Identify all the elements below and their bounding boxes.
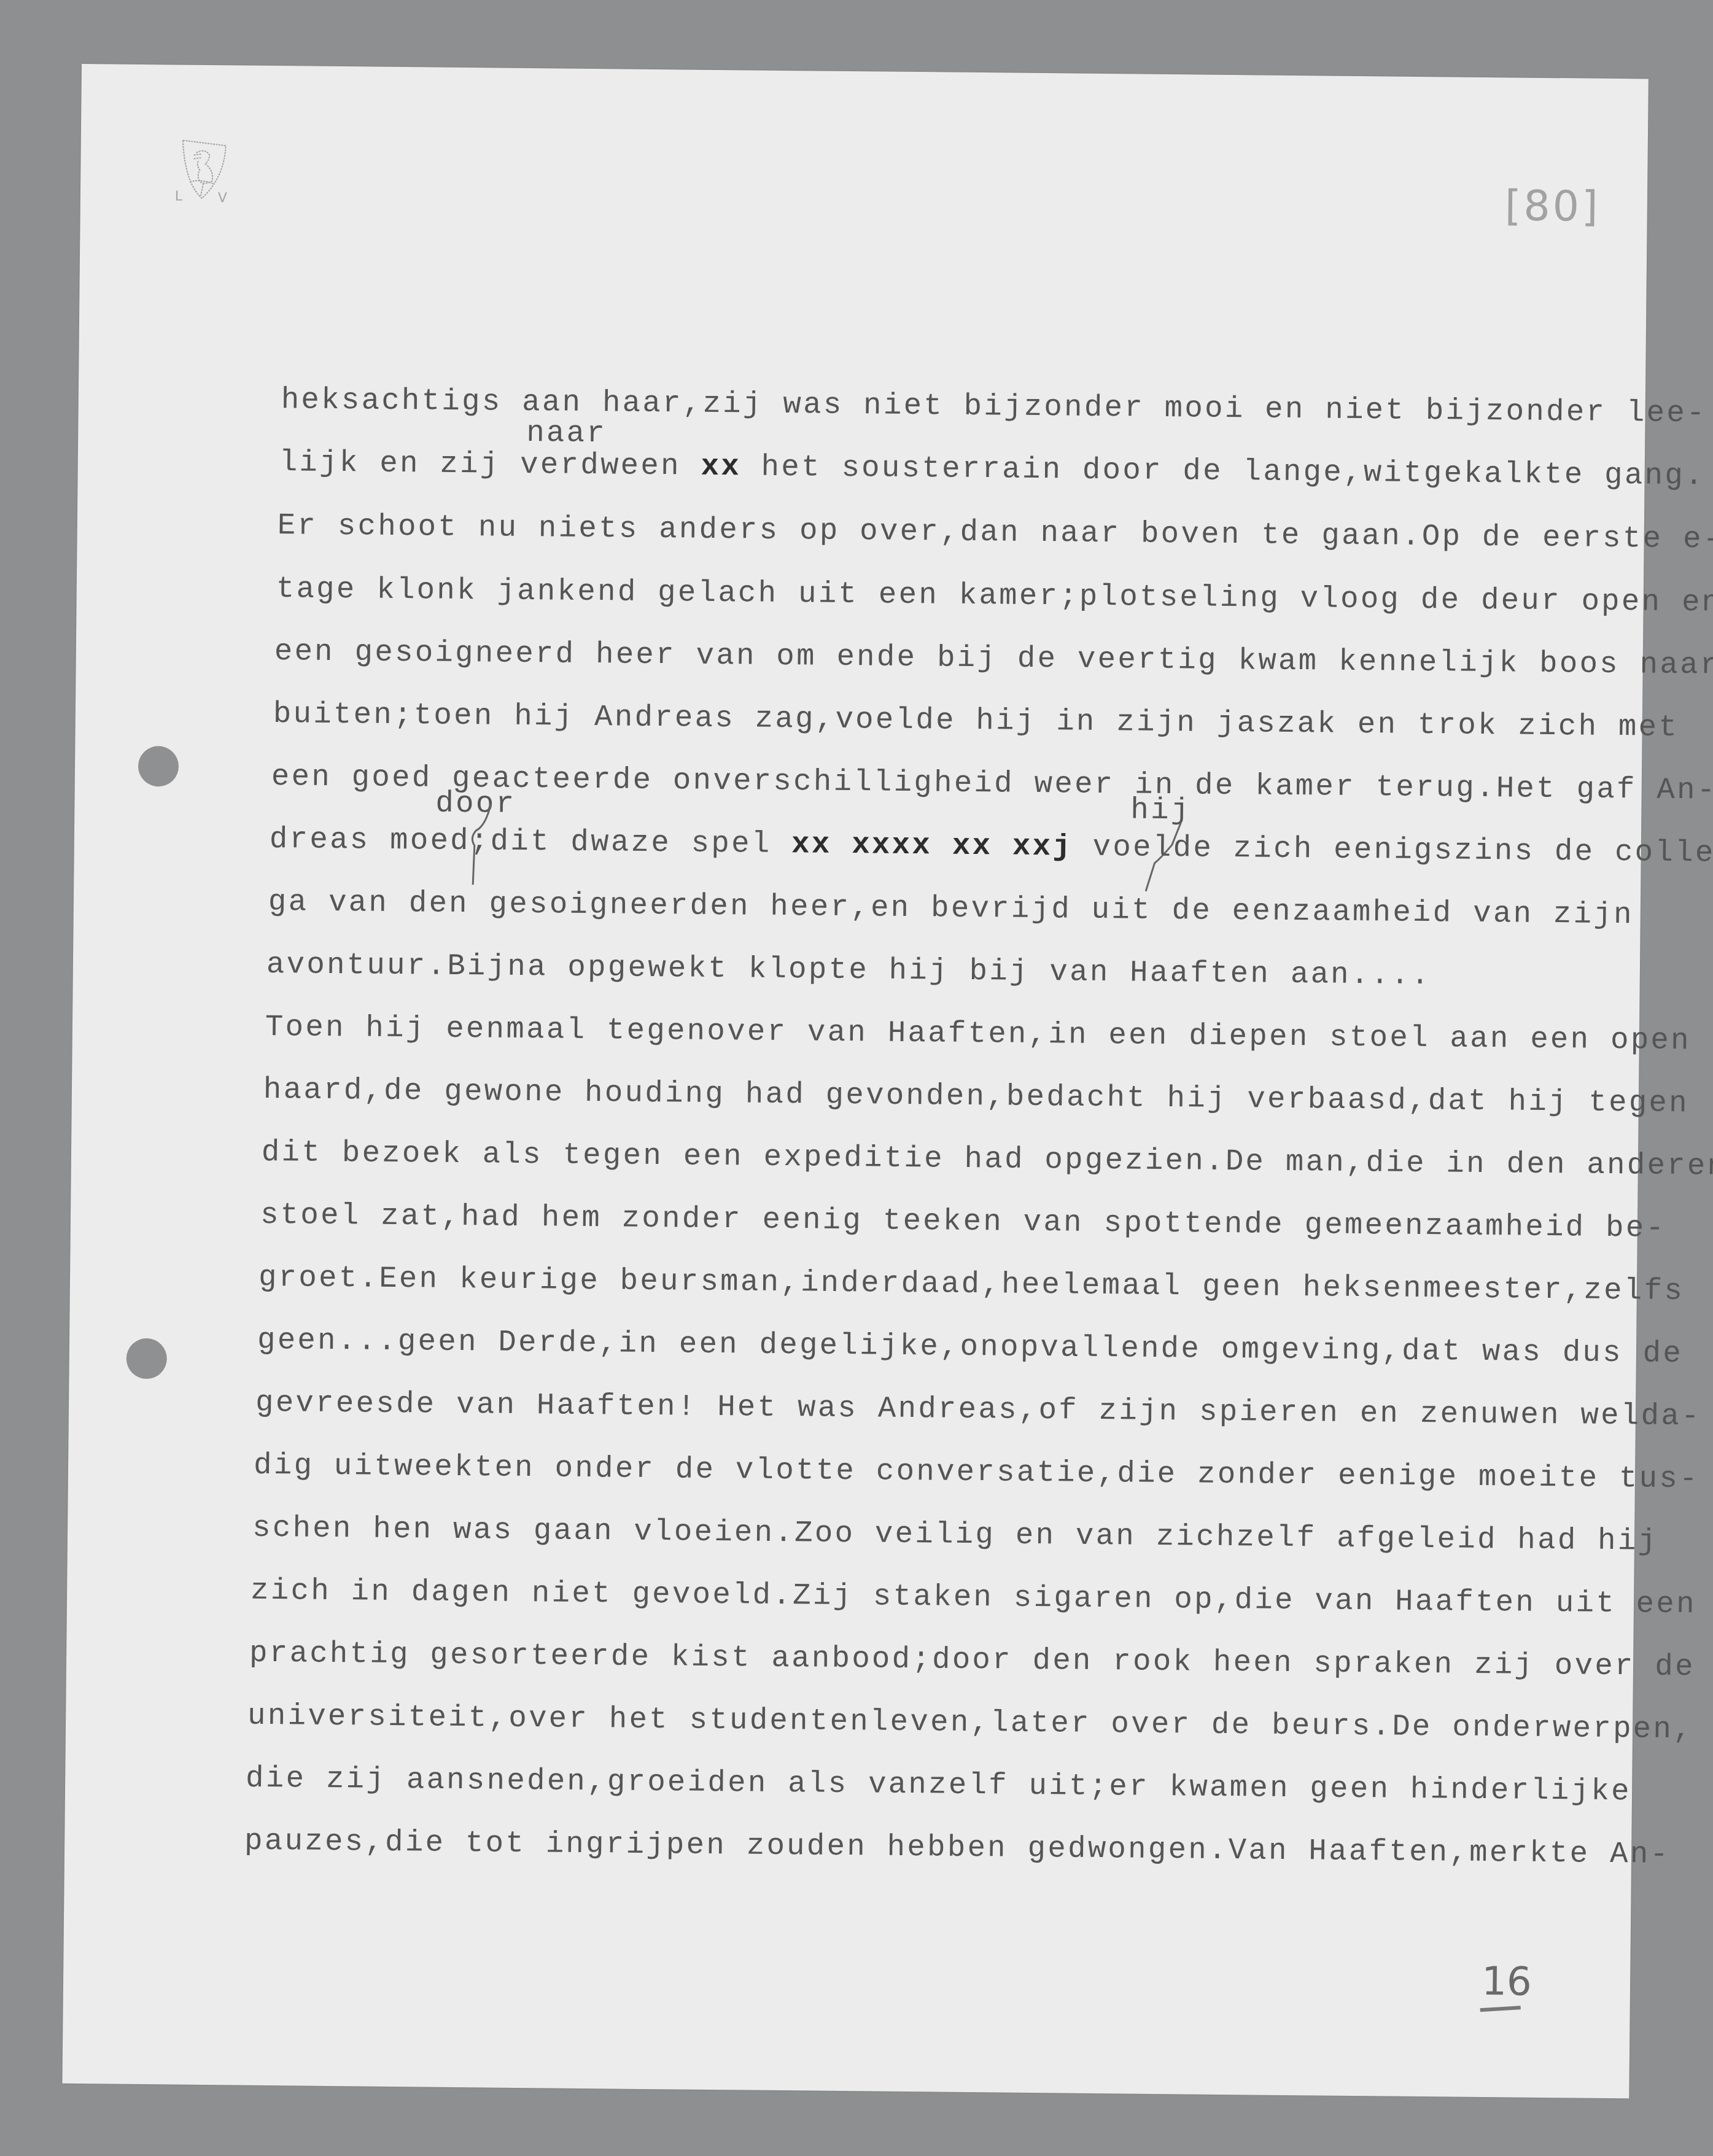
page-number: 16 (1482, 1959, 1532, 2005)
text-line: gevreesde van Haaften! Het was Andreas,o… (255, 1388, 1701, 1432)
text-line: zich in dagen niet gevoeld.Zij staken si… (251, 1576, 1696, 1620)
text-line: heksachtigs aan haar,zij was niet bijzon… (281, 385, 1707, 428)
text-line: lijk en zij verdween xx het sousterrain … (279, 448, 1705, 491)
text-line: schen hen was gaan vloeien.Zoo veilig en… (252, 1513, 1658, 1557)
text-line: Er schoot nu niets anders op over,dan na… (278, 511, 1713, 555)
text-line: universiteit,over het studentenleven,lat… (247, 1701, 1693, 1745)
text-line: avontuur.Bijna opgewekt klopte hij bij v… (266, 950, 1431, 991)
text-line: prachtig gesorteerde kist aanbood;door d… (249, 1638, 1695, 1683)
text-line: ga van den gesoigneerden heer,en bevrijd… (268, 887, 1634, 930)
text-line: geen...geen Derde,in een degelijke,onopv… (257, 1325, 1683, 1369)
text-line: dit bezoek als tegen een expeditie had o… (262, 1138, 1713, 1182)
text-line: stoel zat,had hem zonder eenig teeken va… (260, 1200, 1666, 1244)
text-line: buiten;toen hij Andreas zag,voelde hij i… (273, 699, 1679, 743)
text-line: die zij aansneden,groeiden als vanzelf u… (246, 1764, 1631, 1807)
struck-out-text: xx xxxx xx xxj (791, 827, 1073, 864)
typescript-body: heksachtigs aan haar,zij was niet bijzon… (62, 64, 1648, 2098)
text-line: tage klonk jankend gelach uit een kamer;… (276, 574, 1713, 618)
text-line: dreas moed;dit dwaze spel xx xxxx xx xxj… (270, 824, 1713, 869)
text-line: een gesoigneerd heer van om ende bij de … (274, 637, 1713, 681)
text-line: Toen hij eenmaal tegenover van Haaften,i… (265, 1012, 1691, 1056)
text-line: groet.Een keurige beursman,inderdaad,hee… (258, 1263, 1684, 1306)
text-line: dig uitweekten onder de vlotte conversat… (254, 1451, 1699, 1495)
struck-out-text: xx (701, 449, 741, 484)
text-line: een goed geacteerde onverschilligheid we… (271, 762, 1713, 806)
text-line: pauzes,die tot ingrijpen zouden hebben g… (244, 1826, 1670, 1870)
manuscript-page: L V [80] naar door hij heksachtigs aan h… (62, 64, 1648, 2098)
text-line: haard,de gewone houding had gevonden,bed… (263, 1075, 1689, 1119)
